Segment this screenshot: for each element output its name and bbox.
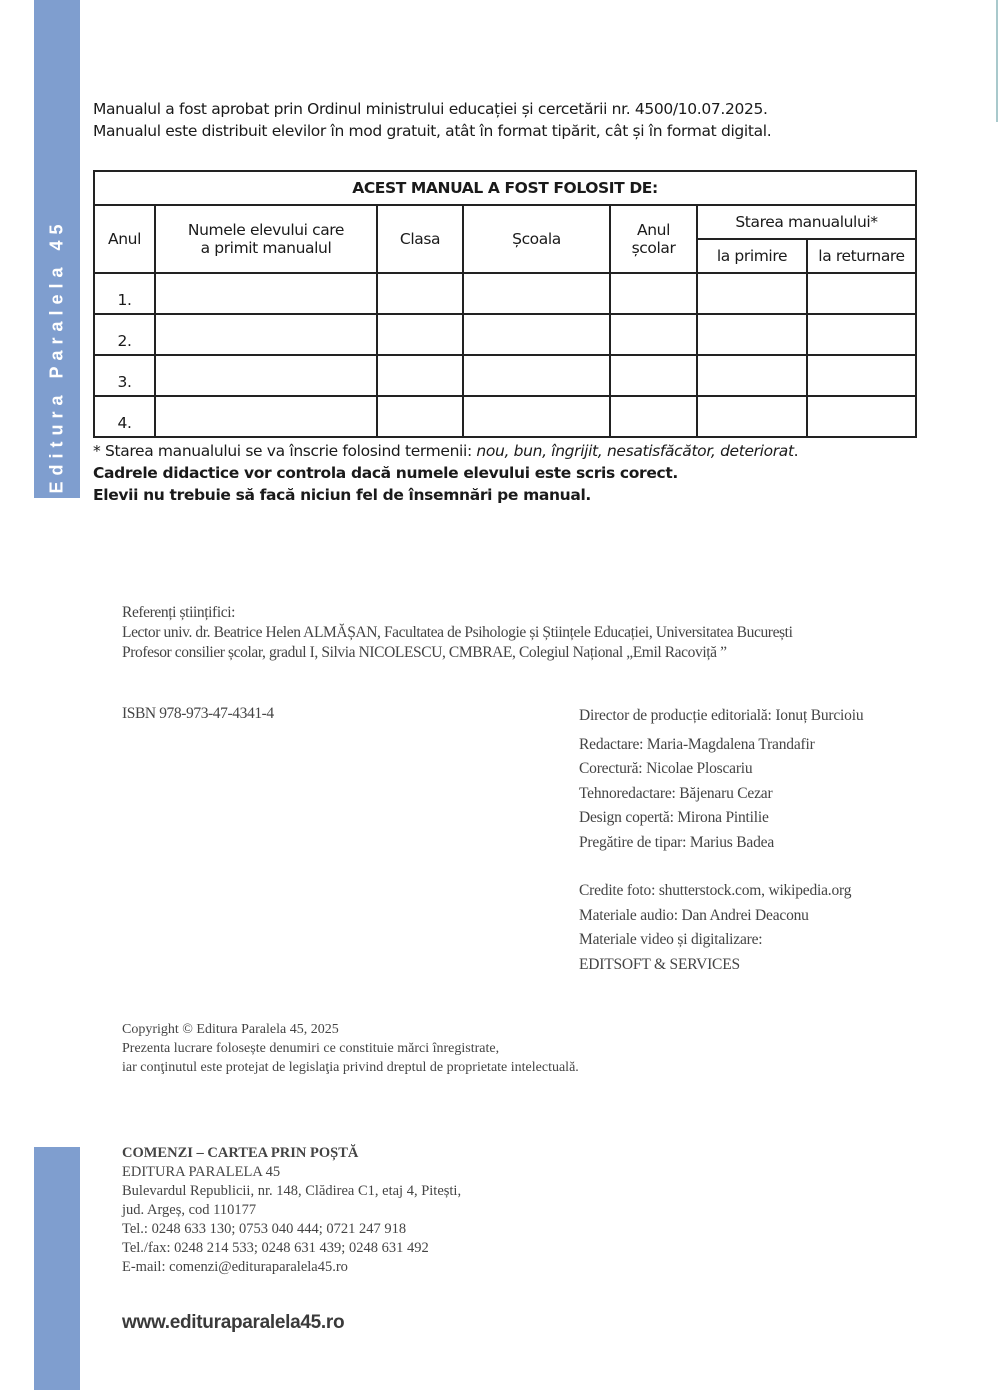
reviewer-2: Profesor consilier școlar, gradul I, Sil…	[122, 643, 793, 663]
header-student-line2: a primit manualul	[156, 239, 376, 257]
cell-student-name[interactable]	[155, 396, 377, 437]
cell-student-name[interactable]	[155, 273, 377, 314]
header-on-receipt: la primire	[697, 239, 807, 273]
cell-on-receipt[interactable]	[697, 273, 807, 314]
students-note: Elevii nu trebuie să facă niciun fel de …	[93, 484, 798, 506]
table-row: 1.	[94, 273, 916, 314]
ip-line: iar conţinutul este protejat de legislaţ…	[122, 1058, 579, 1077]
header-class: Clasa	[377, 205, 463, 273]
cell-class[interactable]	[377, 396, 463, 437]
condition-note-prefix: * Starea manualului se va înscrie folosi…	[93, 442, 476, 460]
header-student-line1: Numele elevului care	[156, 221, 376, 239]
orders-address-1: Bulevardul Republicii, nr. 148, Clădirea…	[122, 1182, 461, 1201]
credit-photo: Credite foto: shutterstock.com, wikipedi…	[579, 879, 863, 904]
cell-school-year[interactable]	[610, 314, 697, 355]
approval-line: Manualul a fost aprobat prin Ordinul min…	[93, 98, 771, 120]
usage-notes: * Starea manualului se va înscrie folosi…	[93, 440, 798, 506]
sidebar-band-bottom	[34, 1147, 80, 1390]
table-title: ACEST MANUAL A FOST FOLOSIT DE:	[94, 171, 916, 205]
cell-class[interactable]	[377, 355, 463, 396]
table-row: 4.	[94, 396, 916, 437]
cell-school[interactable]	[463, 314, 610, 355]
orders-title: COMENZI – CARTEA PRIN POȘTĂ	[122, 1144, 461, 1163]
orders-address-2: jud. Argeș, cod 110177	[122, 1201, 461, 1220]
cell-school-year[interactable]	[610, 273, 697, 314]
condition-note: * Starea manualului se va înscrie folosi…	[93, 440, 798, 462]
approval-text: Manualul a fost aprobat prin Ordinul min…	[93, 98, 771, 142]
cell-school-year[interactable]	[610, 396, 697, 437]
row-number: 1.	[94, 273, 155, 314]
header-school-year-line1: Anul	[611, 221, 696, 239]
credit-cover-design: Design copertă: Mirona Pintilie	[579, 806, 863, 831]
publisher-vertical-label: Editura Paralela 45	[47, 218, 68, 493]
orders-publisher: EDITURA PARALELA 45	[122, 1163, 461, 1182]
reviewers-heading: Referenți științifici:	[122, 603, 793, 623]
copyright-notice: Copyright © Editura Paralela 45, 2025 Pr…	[122, 1020, 579, 1077]
header-student-name: Numele elevului care a primit manualul	[155, 205, 377, 273]
credit-typesetting: Tehnoredactare: Băjenaru Cezar	[579, 782, 863, 807]
cell-on-return[interactable]	[807, 314, 916, 355]
cell-class[interactable]	[377, 314, 463, 355]
table-row: 2.	[94, 314, 916, 355]
cell-class[interactable]	[377, 273, 463, 314]
copyright-line: Copyright © Editura Paralela 45, 2025	[122, 1020, 579, 1039]
credit-video-company: EDITSOFT & SERVICES	[579, 953, 863, 978]
orders-email[interactable]: E-mail: comenzi@edituraparalela45.ro	[122, 1258, 461, 1277]
cell-school[interactable]	[463, 396, 610, 437]
cell-school[interactable]	[463, 273, 610, 314]
teachers-note: Cadrele didactice vor controla dacă nume…	[93, 462, 798, 484]
isbn: ISBN 978-973-47-4341-4	[122, 705, 274, 723]
credit-proofreading: Corectură: Nicolae Ploscariu	[579, 757, 863, 782]
row-number: 4.	[94, 396, 155, 437]
header-school-year: Anul școlar	[610, 205, 697, 273]
page-edge-line	[996, 0, 998, 122]
cell-student-name[interactable]	[155, 314, 377, 355]
production-credits: Director de producție editorială: Ionuț …	[579, 704, 863, 977]
credit-director: Director de producție editorială: Ionuț …	[579, 704, 863, 729]
cell-school-year[interactable]	[610, 355, 697, 396]
cell-on-receipt[interactable]	[697, 355, 807, 396]
credit-audio: Materiale audio: Dan Andrei Deaconu	[579, 904, 863, 929]
header-school: Școala	[463, 205, 610, 273]
reviewer-1: Lector univ. dr. Beatrice Helen ALMĂȘAN,…	[122, 623, 793, 643]
orders-contact: COMENZI – CARTEA PRIN POȘTĂ EDITURA PARA…	[122, 1144, 461, 1277]
header-year: Anul	[94, 205, 155, 273]
cell-on-return[interactable]	[807, 396, 916, 437]
header-school-year-line2: școlar	[611, 239, 696, 257]
cell-on-receipt[interactable]	[697, 396, 807, 437]
cell-student-name[interactable]	[155, 355, 377, 396]
header-condition: Starea manualului*	[697, 205, 916, 239]
cell-on-return[interactable]	[807, 273, 916, 314]
row-number: 3.	[94, 355, 155, 396]
table-row: 3.	[94, 355, 916, 396]
cell-on-return[interactable]	[807, 355, 916, 396]
cell-school[interactable]	[463, 355, 610, 396]
row-number: 2.	[94, 314, 155, 355]
condition-terms: nou, bun, îngrijit, nesatisfăcător, dete…	[476, 442, 793, 460]
scientific-reviewers: Referenți științifici: Lector univ. dr. …	[122, 603, 793, 663]
cell-on-receipt[interactable]	[697, 314, 807, 355]
website-link[interactable]: www.edituraparalela45.ro	[122, 1312, 344, 1334]
credit-editing: Redactare: Maria-Magdalena Trandafir	[579, 733, 863, 758]
orders-phone: Tel.: 0248 633 130; 0753 040 444; 0721 2…	[122, 1220, 461, 1239]
usage-table: ACEST MANUAL A FOST FOLOSIT DE: Anul Num…	[93, 170, 917, 438]
trademark-line: Prezenta lucrare folosește denumiri ce c…	[122, 1039, 579, 1058]
credit-video: Materiale video și digitalizare:	[579, 928, 863, 953]
condition-note-suffix: .	[794, 442, 799, 460]
orders-fax: Tel./fax: 0248 214 533; 0248 631 439; 02…	[122, 1239, 461, 1258]
distribution-line: Manualul este distribuit elevilor în mod…	[93, 120, 771, 142]
header-on-return: la returnare	[807, 239, 916, 273]
credit-prepress: Pregătire de tipar: Marius Badea	[579, 831, 863, 856]
